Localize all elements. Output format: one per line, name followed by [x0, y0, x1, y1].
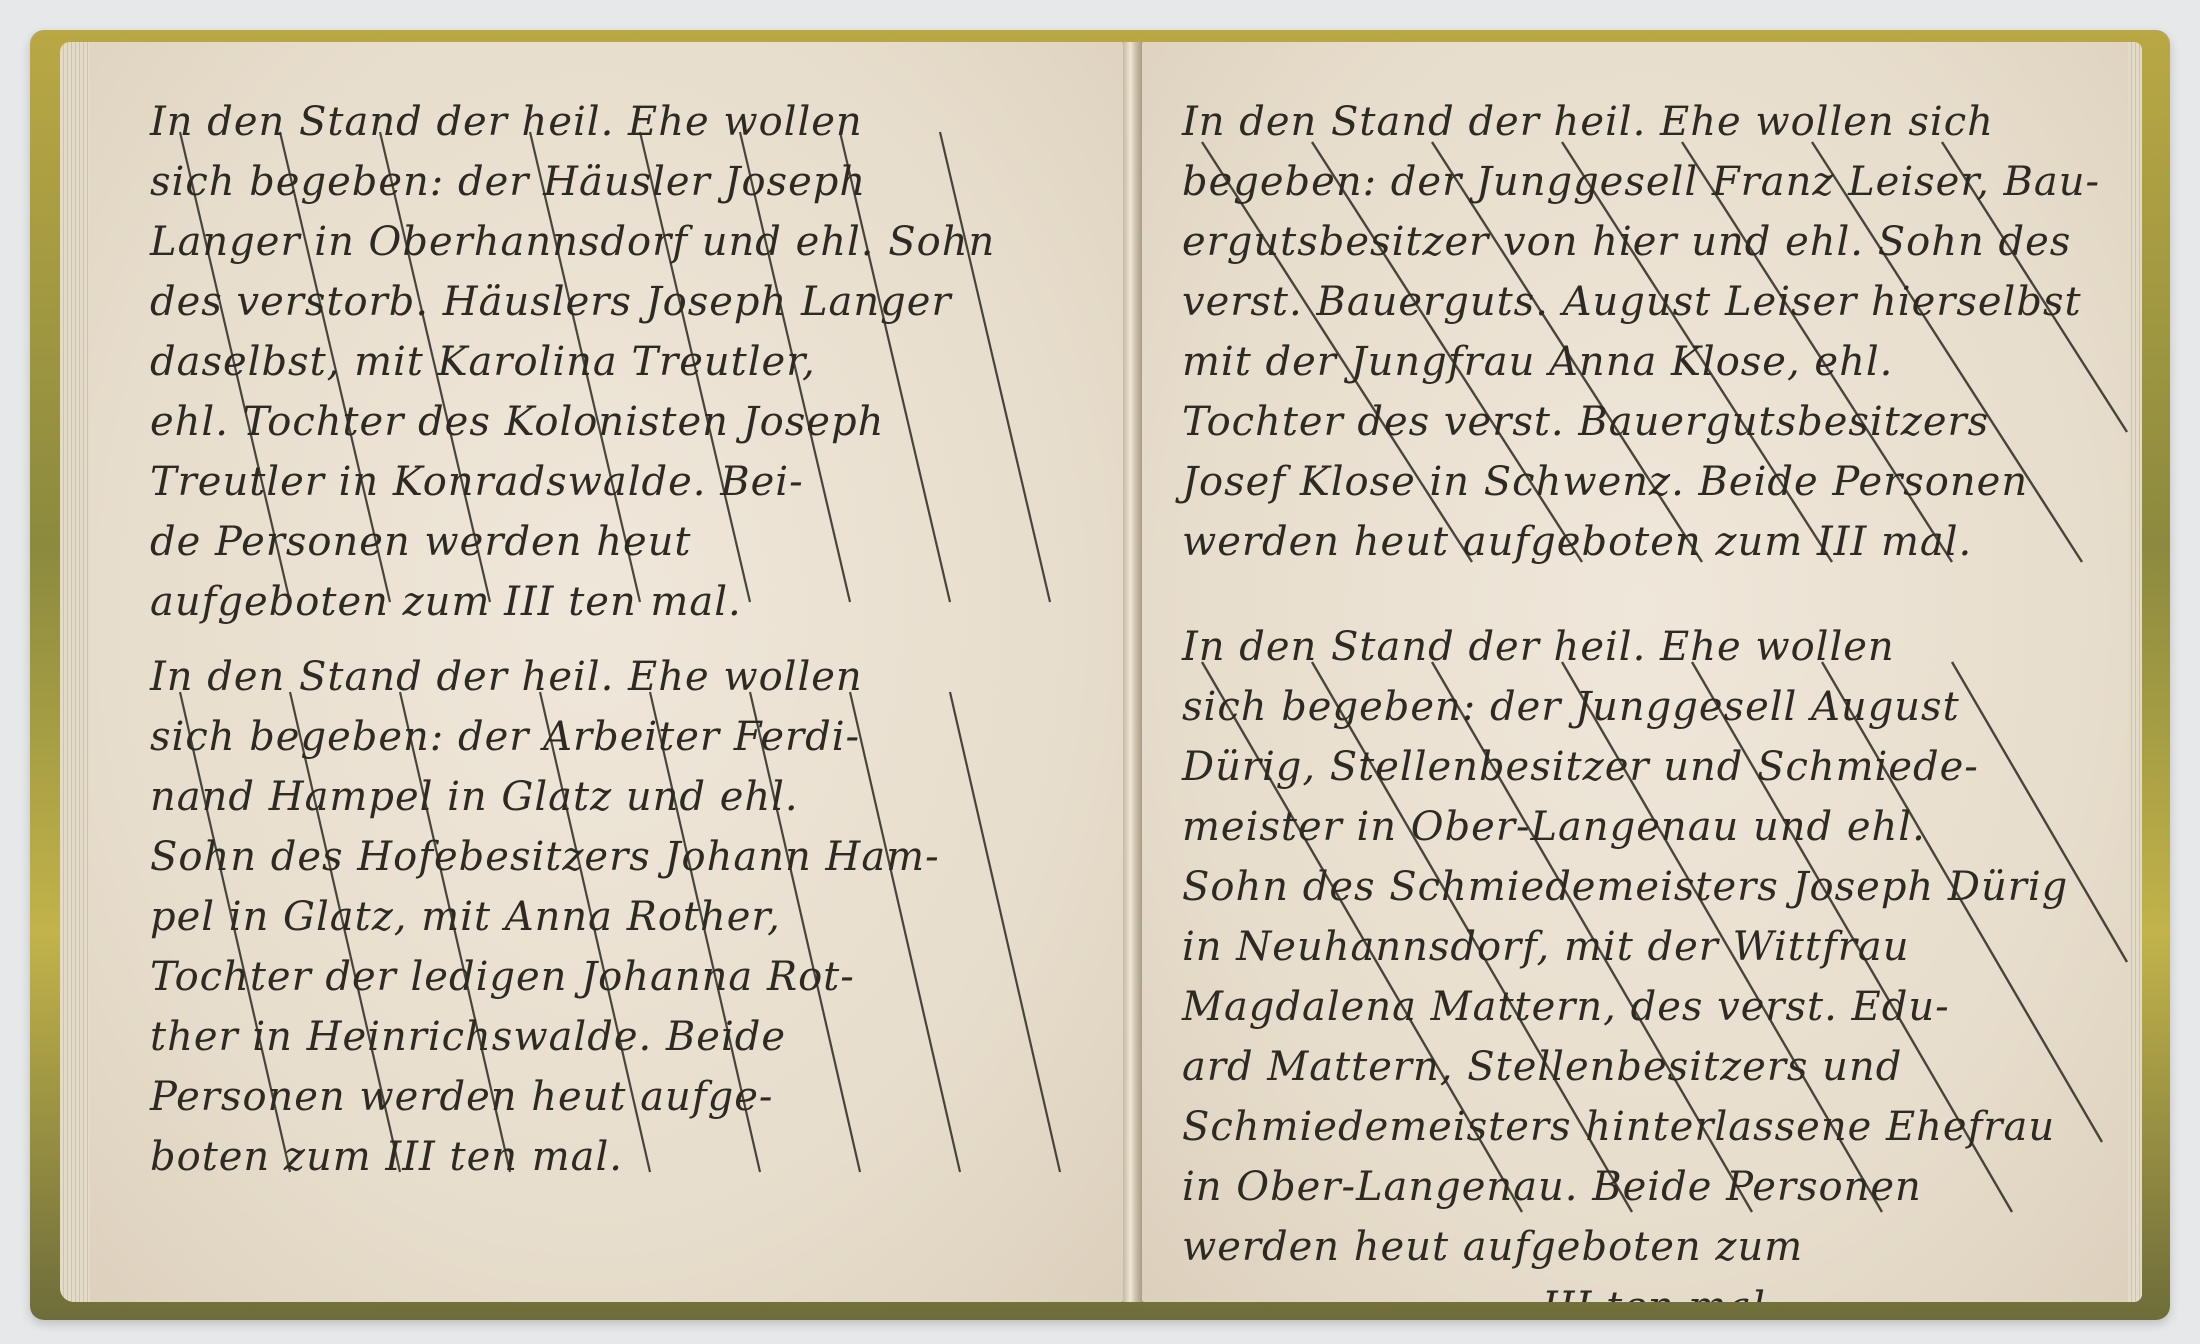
entry-line: In den Stand der heil. Ehe wollen [150, 647, 940, 707]
open-book: In den Stand der heil. Ehe wollen sich b… [30, 30, 2170, 1320]
book-gutter [1123, 42, 1142, 1302]
entry-line: de Personen werden heut [150, 512, 995, 572]
entry-line: ther in Heinrichswalde. Beide [150, 1007, 940, 1067]
entry-line: Sohn des Schmiedemeisters Joseph Dürig [1182, 857, 2068, 917]
entry-line: In den Stand der heil. Ehe wollen [150, 92, 995, 152]
entry-line: begeben: der Junggesell Franz Leiser, Ba… [1182, 152, 2100, 212]
entry-line: nand Hampel in Glatz und ehl. [150, 767, 940, 827]
entry-line: des verstorb. Häuslers Joseph Langer [150, 272, 995, 332]
entry-line: Sohn des Hofebesitzers Johann Ham- [150, 827, 940, 887]
entry-line: meister in Ober-Langenau und ehl. [1182, 797, 2068, 857]
entry-line: aufgeboten zum III ten mal. [150, 572, 995, 632]
entry-line: werden heut aufgeboten zum [1182, 1217, 2068, 1277]
entry-duerig-mattern: In den Stand der heil. Ehe wollen sich b… [1182, 617, 2068, 1302]
entry-leiser-klose: In den Stand der heil. Ehe wollen sich b… [1182, 92, 2100, 572]
entry-line: Tochter des verst. Bauergutsbesitzers [1182, 392, 2100, 452]
entry-line: in Neuhannsdorf, mit der Wittfrau [1182, 917, 2068, 977]
entry-hampel-rother: In den Stand der heil. Ehe wollen sich b… [150, 647, 940, 1187]
entry-line: Josef Klose in Schwenz. Beide Personen [1182, 452, 2100, 512]
entry-line: pel in Glatz, mit Anna Rother, [150, 887, 940, 947]
entry-line: In den Stand der heil. Ehe wollen sich [1182, 92, 2100, 152]
entry-line: ard Mattern, Stellenbesitzers und [1182, 1037, 2068, 1097]
entry-langer-treutler: In den Stand der heil. Ehe wollen sich b… [150, 92, 995, 632]
entry-line: III ten mal. [1182, 1277, 2068, 1302]
entry-line: sich begeben: der Junggesell August [1182, 677, 2068, 737]
entry-line: daselbst, mit Karolina Treutler, [150, 332, 995, 392]
entry-line: In den Stand der heil. Ehe wollen [1182, 617, 2068, 677]
page-edges [2128, 42, 2142, 1302]
entry-line: mit der Jungfrau Anna Klose, ehl. [1182, 332, 2100, 392]
entry-line: in Ober-Langenau. Beide Personen [1182, 1157, 2068, 1217]
entry-line: sich begeben: der Arbeiter Ferdi- [150, 707, 940, 767]
entry-line: ehl. Tochter des Kolonisten Joseph [150, 392, 995, 452]
entry-line: werden heut aufgeboten zum III mal. [1182, 512, 2100, 572]
entry-line: Tochter der ledigen Johanna Rot- [150, 947, 940, 1007]
entry-line: boten zum III ten mal. [150, 1127, 940, 1187]
entry-line: sich begeben: der Häusler Joseph [150, 152, 995, 212]
page-edges [60, 42, 90, 1302]
entry-line: ergutsbesitzer von hier und ehl. Sohn de… [1182, 212, 2100, 272]
entry-line: Dürig, Stellenbesitzer und Schmiede- [1182, 737, 2068, 797]
entry-line: Treutler in Konradswalde. Bei- [150, 452, 995, 512]
entry-line: Magdalena Mattern, des verst. Edu- [1182, 977, 2068, 1037]
right-page: In den Stand der heil. Ehe wollen sich b… [1142, 42, 2142, 1302]
entry-line: verst. Bauerguts. August Leiser hierselb… [1182, 272, 2100, 332]
entry-line: Schmiedemeisters hinterlassene Ehefrau [1182, 1097, 2068, 1157]
entry-line: Personen werden heut aufge- [150, 1067, 940, 1127]
left-page: In den Stand der heil. Ehe wollen sich b… [60, 42, 1123, 1302]
entry-line: Langer in Oberhannsdorf und ehl. Sohn [150, 212, 995, 272]
